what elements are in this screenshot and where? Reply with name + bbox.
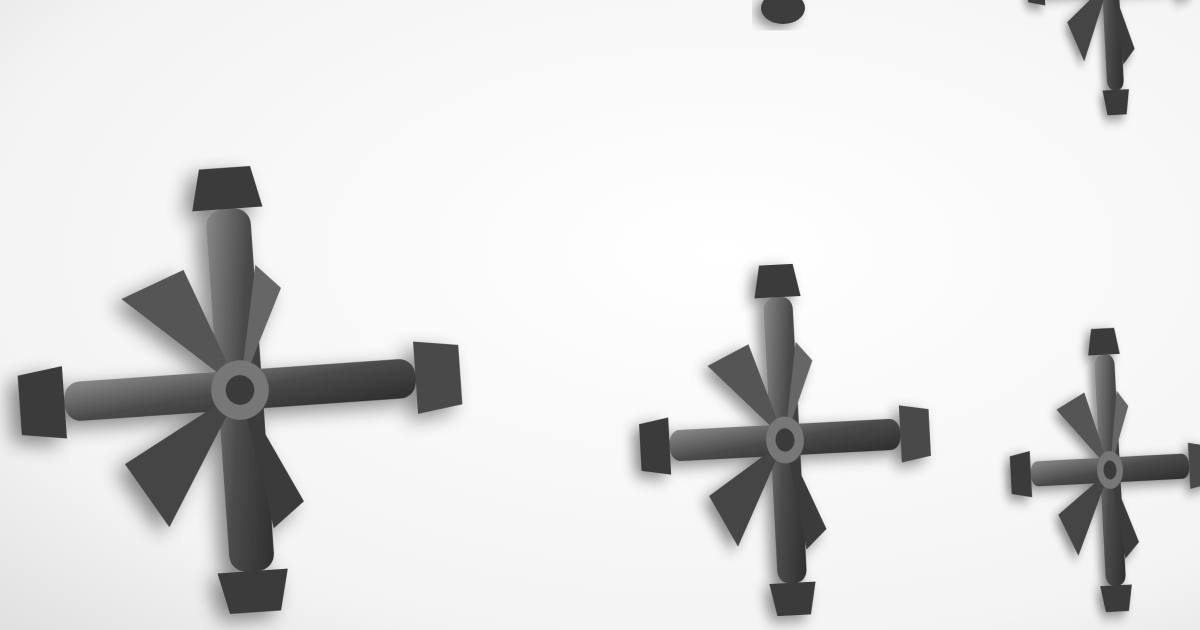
- relief-photo: [0, 0, 1200, 630]
